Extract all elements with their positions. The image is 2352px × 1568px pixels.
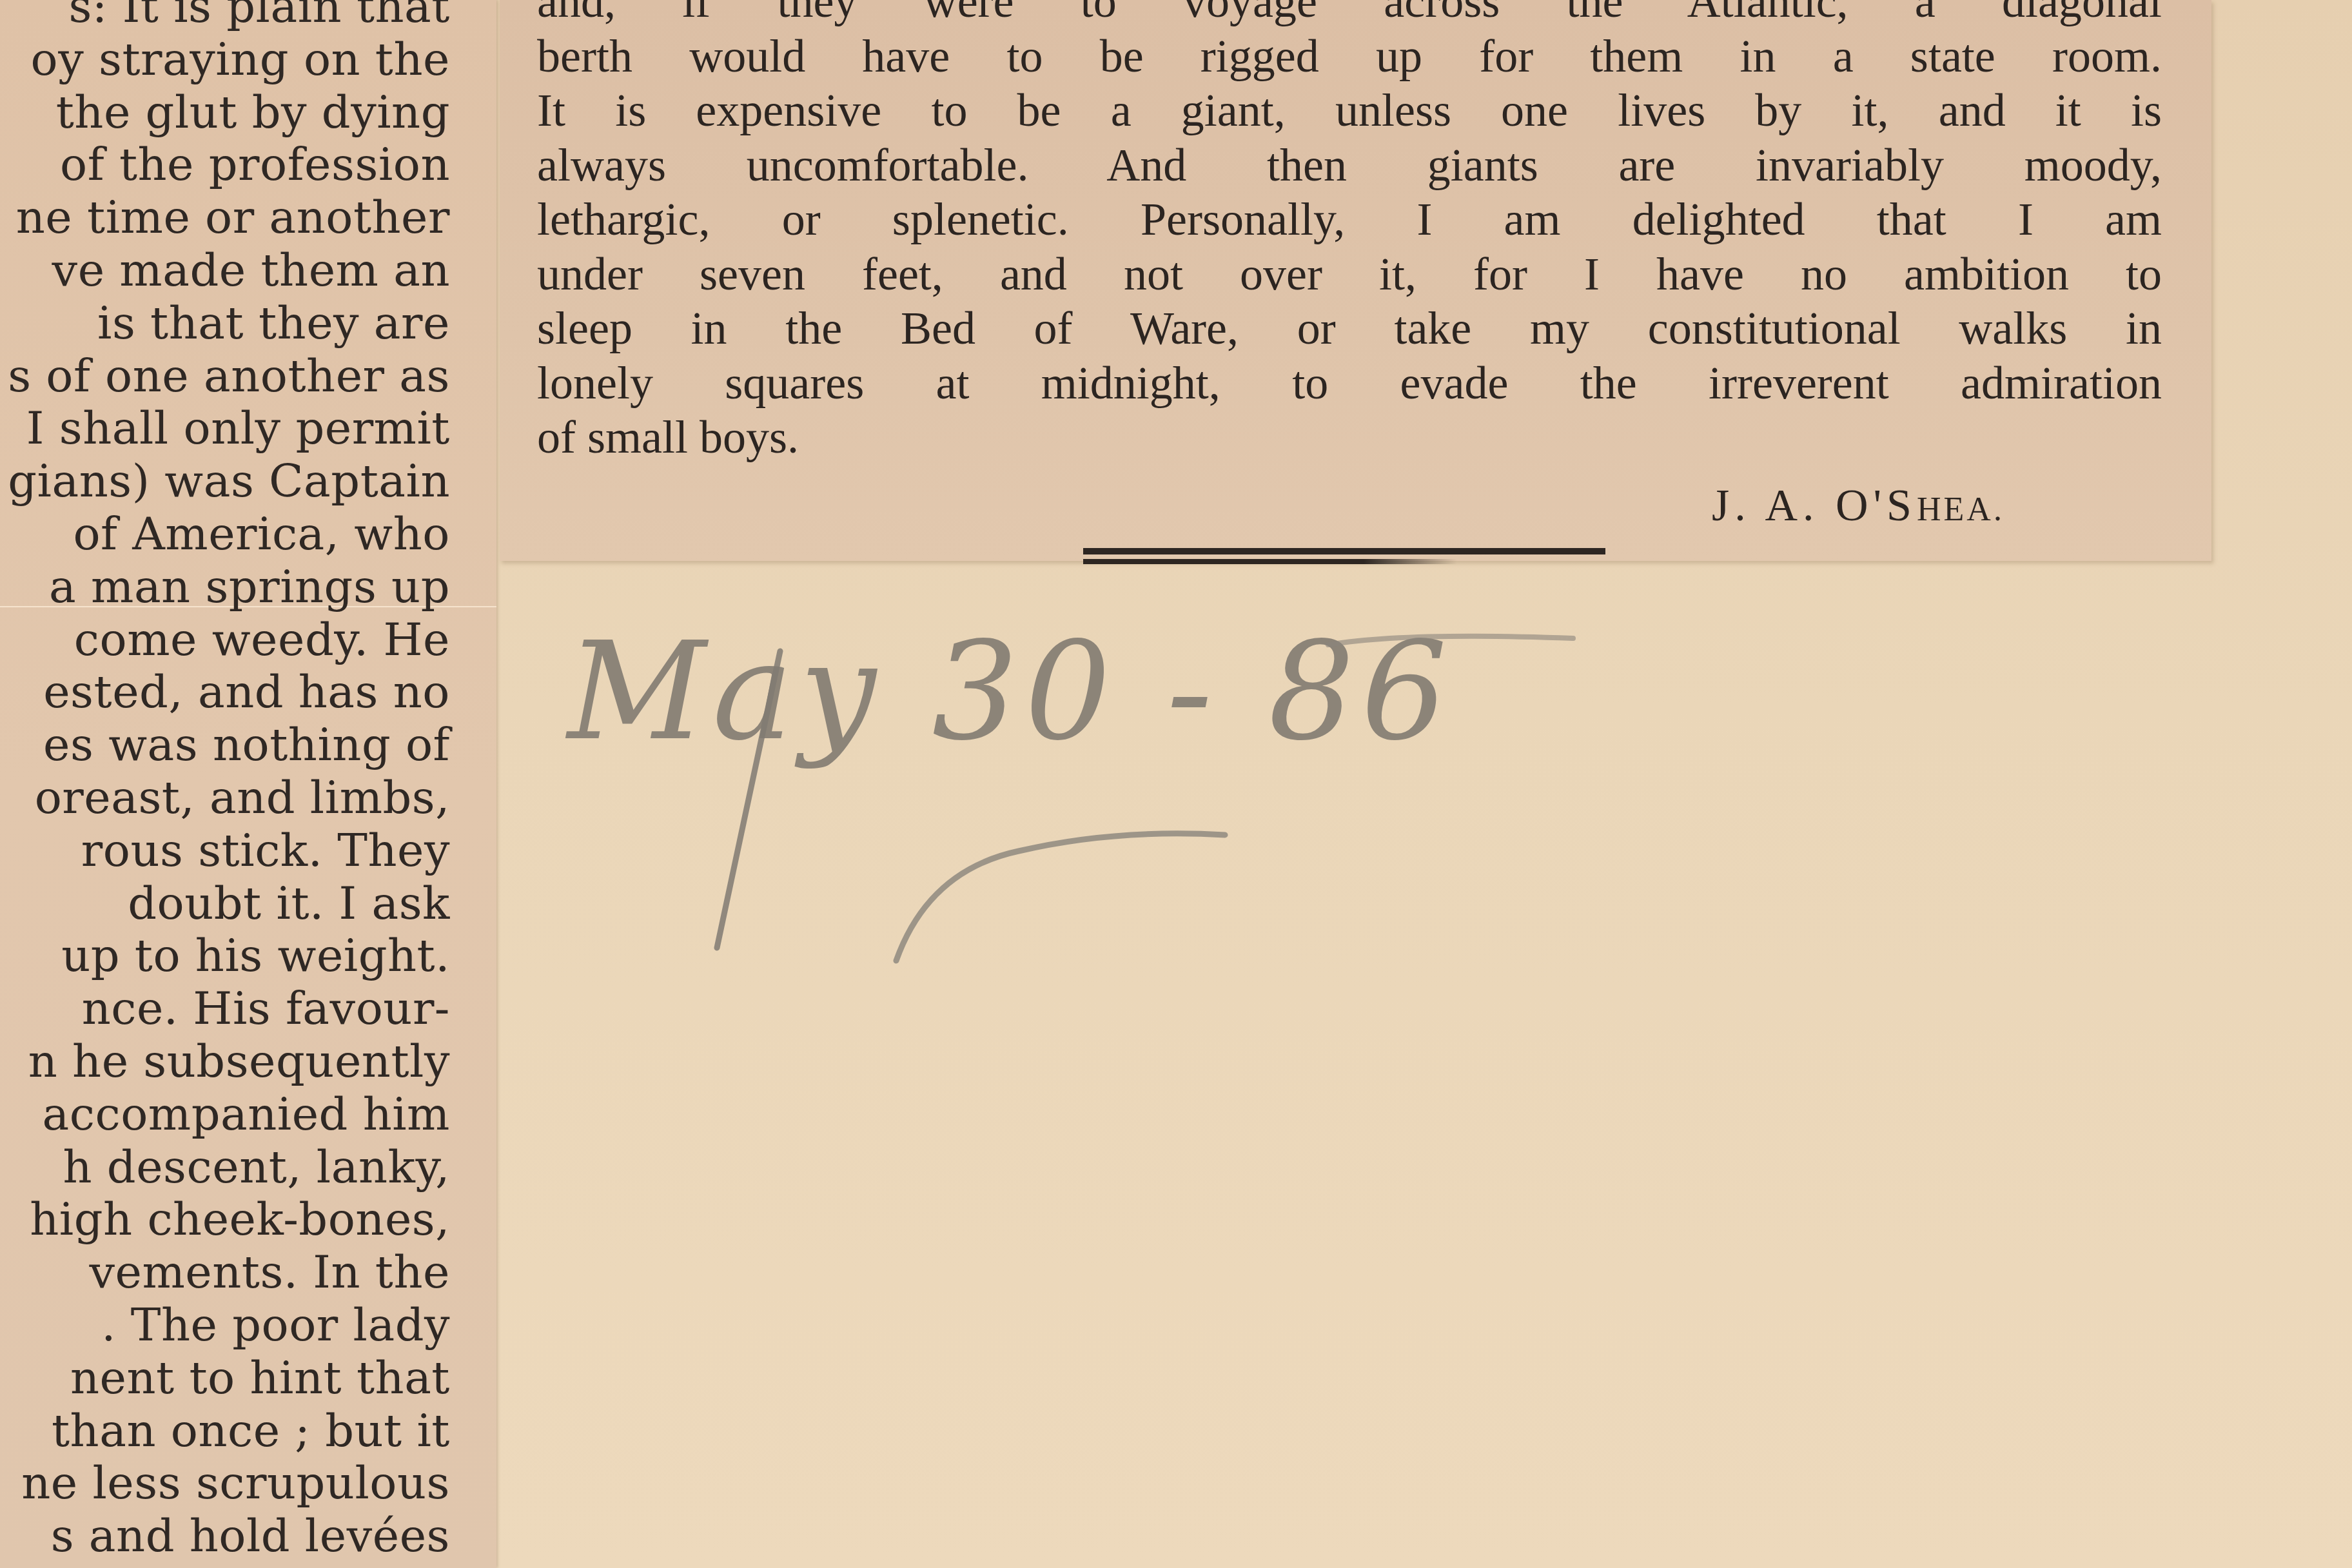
text-line: is that they are [0,297,450,350]
text-line: h descent, lanky, [0,1141,450,1194]
text-line: rous stick. They [0,825,450,877]
text-line: up to his weight. [0,930,450,983]
text-line: s: It is plain that [0,0,450,34]
text-line: s and hold levées [0,1510,450,1563]
left-column-text: s: It is plain that oy straying on the t… [0,0,450,1563]
text-line: than once ; but it [0,1405,450,1458]
text-line: high cheek-bones, [0,1193,450,1246]
text-line: gians) was Captain [0,455,450,508]
text-line: of America, who [0,508,450,561]
section-divider-rule [1083,548,1605,554]
text-line: vements. In the [0,1246,450,1299]
text-line: and, if they were to voyage across the A… [537,0,2162,29]
right-newspaper-clipping: and, if they were to voyage across the A… [500,0,2211,561]
text-line: doubt it. I ask [0,877,450,930]
pencil-strokes-icon [567,612,1631,1064]
text-line: sleep in the Bed of Ware, or take my con… [537,301,2162,356]
text-line: under seven feet, and not over it, for I… [537,247,2162,302]
text-line: lonely squares at midnight, to evade the… [537,356,2162,411]
text-line: I shall only permit [0,402,450,455]
text-line: lethargic, or splenetic. Personally, I a… [537,192,2162,247]
text-line: accompanied him [0,1088,450,1141]
text-line: oy straying on the [0,34,450,86]
text-line: . The poor lady [0,1299,450,1352]
text-line: berth would have to be rigged up for the… [537,29,2162,84]
section-divider-rule-tapered [1083,559,1457,564]
text-line: nce. His favour- [0,983,450,1035]
signature-initials: J. A. O'S [1712,481,1917,531]
text-line: ne time or another [0,191,450,244]
text-line: nent to hint that [0,1352,450,1405]
text-line: a man springs up [0,561,450,614]
text-line: es was nothing of [0,719,450,772]
text-line: of small boys. [537,410,2162,465]
text-line: always uncomfortable. And then giants ar… [537,138,2162,193]
text-line: It is expensive to be a giant, unless on… [537,83,2162,138]
text-line: ve made them an [0,244,450,297]
text-line: the glut by dying [0,86,450,139]
signature-smallcaps: HEA. [1917,491,2004,528]
text-line: ested, and has no [0,666,450,719]
author-signature: J. A. O'SHEA. [1712,480,2004,532]
text-line: come weedy. He [0,614,450,667]
text-line: n he subsequently [0,1035,450,1088]
left-newspaper-clipping: s: It is plain that oy straying on the t… [0,0,496,1568]
article-closing-paragraph: and, if they were to voyage across the A… [537,0,2162,465]
handwritten-pencil-note: May 30 - 86 [567,612,1631,1064]
text-line: oreast, and limbs, [0,772,450,825]
text-line: s of one another as [0,350,450,403]
text-line: ne less scrupulous [0,1457,450,1510]
text-line: of the profession [0,139,450,191]
